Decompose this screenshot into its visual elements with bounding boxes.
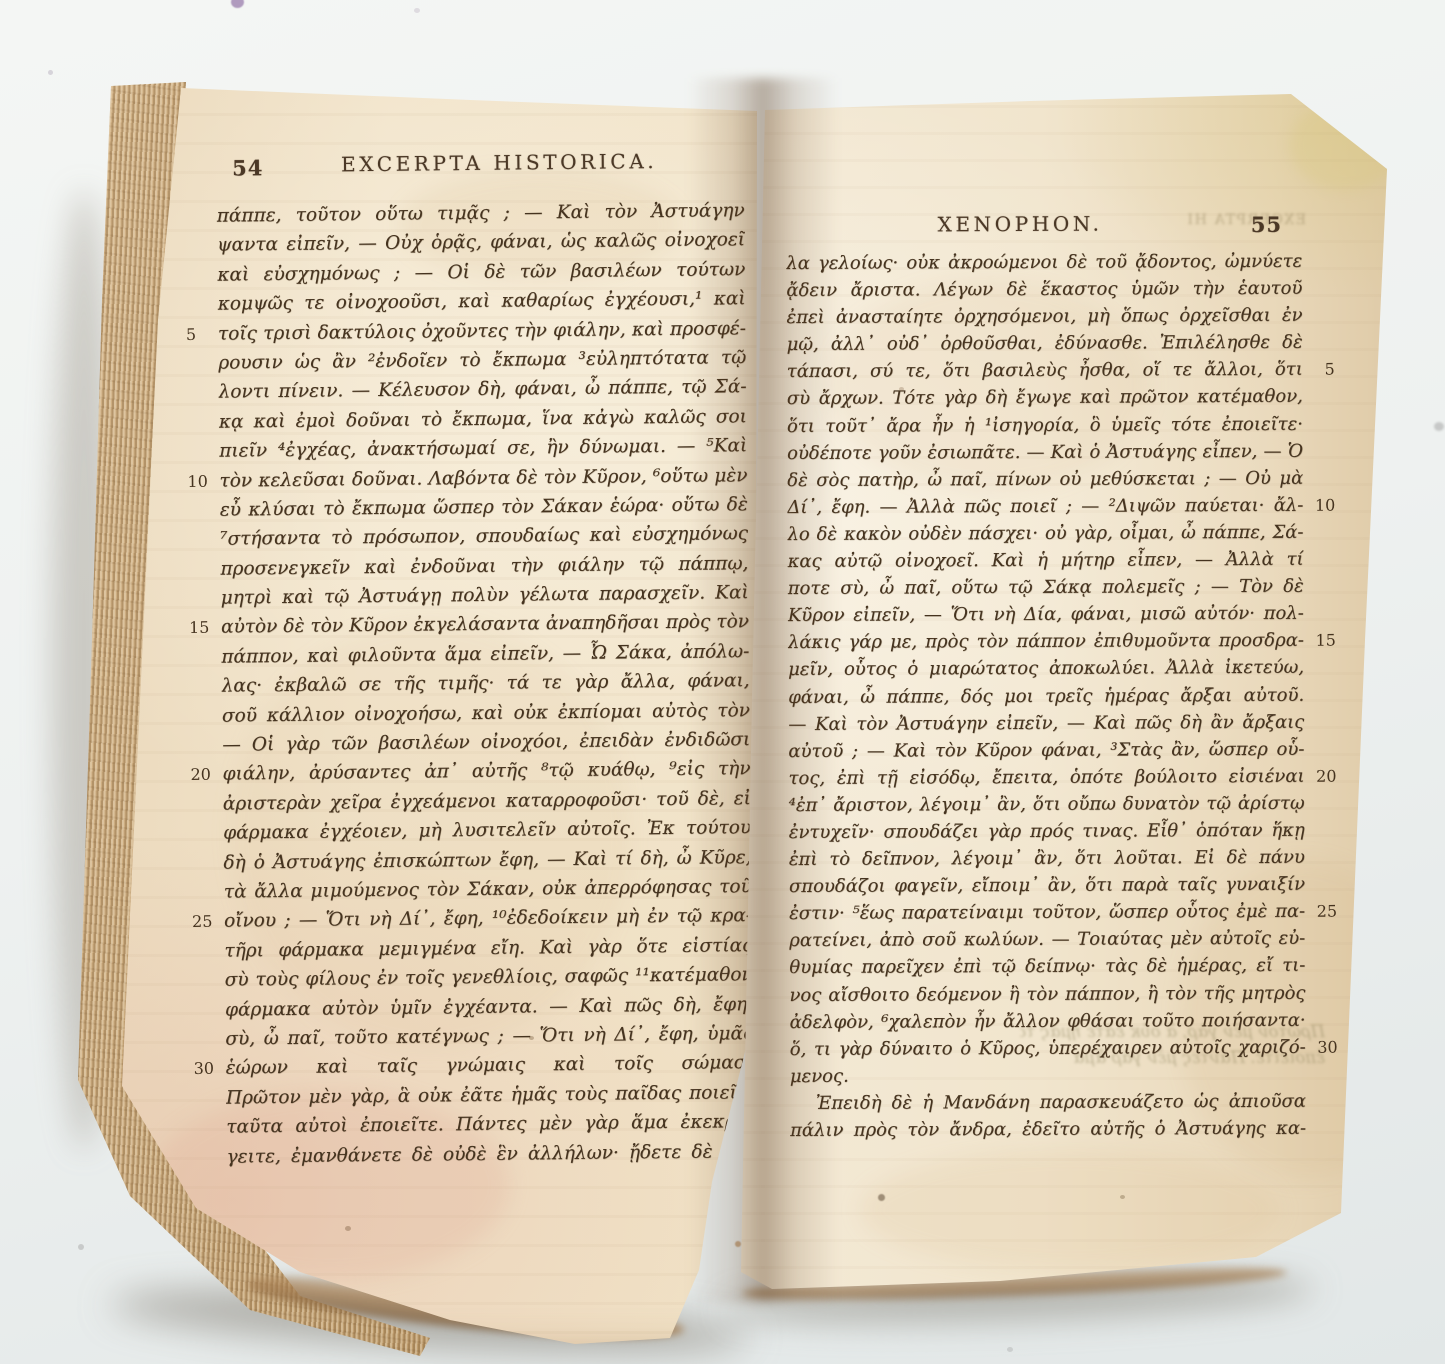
text-line: μεῖν, οὗτος ὁ μιαρώτατος ἀποκωλύει. Ἀλλὰ… [788, 654, 1336, 683]
greek-text: ὅ, τι γὰρ δύναιτο ὁ Κῦρος, ὑπερέχαιρεν α… [790, 1033, 1306, 1062]
greek-text: Ἐπειδὴ δὲ ἡ Μανδάνη παρασκευάζετο ὡς ἀπι… [790, 1088, 1306, 1117]
photograph-open-book: 54 EXCERPTA HISTORICA. πάππε, τοῦτον οὕτ… [0, 0, 1445, 1364]
margin-line-number: 5 [1303, 360, 1335, 379]
greek-text: νος αἴσθοιτο δεόμενον ἢ τὸν πάππον, ἢ τὸ… [789, 979, 1305, 1008]
greek-text: θυμίας παρεῖχεν ἐπὶ τῷ δείπνῳ· τὰς δὲ ἡμ… [789, 952, 1305, 981]
margin-line-number: 10 [1303, 495, 1335, 514]
greek-text: ἐστιν· ⁵ἕως παρατείναιμι τοῦτον, ὥσπερ ο… [789, 898, 1305, 927]
margin-line-number: 15 [189, 618, 221, 637]
foxing-dot [529, 1036, 534, 1040]
greek-text: ρατείνει, ἀπὸ σοῦ κωλύων. — Τοιαύτας μὲν… [789, 925, 1305, 954]
greek-text: πάλιν πρὸς τὸν ἄνδρα, ἐδεῖτο αὐτῆς ὁ Ἀστ… [790, 1115, 1306, 1144]
text-line: οὐδέποτε γοῦν ἐσιωπᾶτε. — Καὶ ὁ Ἀστυάγης… [787, 437, 1335, 466]
text-line: αὐτοῦ ; — Καὶ τὸν Κῦρον φάναι, ³Στὰς ἂν,… [788, 735, 1336, 764]
greek-text: Κῦρον εἰπεῖν, — Ὅτι νὴ Δία, φάναι, μισῶ … [788, 600, 1304, 629]
text-line: ρατείνει, ἀπὸ σοῦ κωλύων. — Τοιαύτας μὲν… [789, 925, 1337, 954]
margin-line-number: 20 [190, 765, 222, 784]
right-page-text: 55 XENOPHON. λα γελοίως· οὐκ ἀκροώμενοι … [786, 198, 1338, 1144]
text-line: φάναι, ὦ πάππε, δός μοι τρεῖς ἡμέρας ἄρξ… [788, 681, 1336, 710]
greek-text: σπουδάζοι φαγεῖν, εἴποιμ᾽ ἂν, ὅτι παρὰ τ… [789, 871, 1305, 900]
greek-text: ποτε σὺ, ὦ παῖ, οὕτω τῷ Σάκᾳ πολεμεῖς ; … [788, 573, 1304, 602]
text-line: ἐντυχεῖν· σπουδάζει γὰρ πρός τινας. Εἶθ᾽… [789, 817, 1337, 846]
dust-speck [231, 0, 244, 8]
running-header-left: EXCERPTA HISTORICA. [254, 148, 744, 177]
foxing-dot [345, 1226, 351, 1231]
text-line: ὅτι τοῦτ᾽ ἄρα ἦν ἡ ¹ἰσηγορία, ὃ ὑμεῖς τό… [787, 410, 1335, 439]
text-line: πάλιν πρὸς τὸν ἄνδρα, ἐδεῖτο αὐτῆς ὁ Ἀστ… [790, 1115, 1338, 1144]
dust-speck [78, 1244, 84, 1250]
foxing-dot [1120, 1195, 1125, 1199]
text-line: μῷ, ἀλλ᾽ οὐδ᾽ ὀρθοῦσθαι, ἐδύνασθε. Ἐπιλέ… [787, 329, 1335, 358]
text-line: — Καὶ τὸν Ἀστυάγην εἰπεῖν, — Καὶ πῶς δὴ … [788, 708, 1336, 737]
greek-text: κας αὐτῷ οἰνοχοεῖ. Καὶ ἡ μήτηρ εἶπεν, — … [788, 546, 1304, 575]
text-line: νος αἴσθοιτο δεόμενον ἢ τὸν πάππον, ἢ τὸ… [789, 979, 1337, 1008]
margin-line-number: 25 [1305, 902, 1337, 921]
margin-line-number: 5 [186, 324, 218, 343]
text-line: τάπασι, σύ τε, ὅτι βασιλεὺς ἦσθα, οἵ τε … [787, 356, 1335, 385]
foxing-dot [878, 1194, 885, 1201]
margin-line-number: 30 [194, 1059, 226, 1078]
margin-line-number: 15 [1304, 631, 1336, 650]
margin-line-number: 25 [192, 912, 224, 931]
greek-text: ⁴ἐπ᾽ ἄριστον, λέγοιμ᾽ ἂν, ὅτι οὔπω δυνατ… [789, 790, 1305, 819]
page-number-right: 55 [1251, 212, 1282, 237]
dust-speck [48, 70, 53, 75]
greek-text: — Καὶ τὸν Ἀστυάγην εἰπεῖν, — Καὶ πῶς δὴ … [788, 708, 1304, 737]
left-page-lines: πάππε, τοῦτον οὕτω τιμᾷς ; — Καὶ τὸν Ἀστ… [185, 196, 755, 1172]
text-line: σπουδάζοι φαγεῖν, εἴποιμ᾽ ἂν, ὅτι παρὰ τ… [789, 871, 1337, 900]
greek-text: μενος. [790, 1061, 1306, 1090]
greek-text: λα γελοίως· οὐκ ἀκροώμενοι δὲ τοῦ ᾄδοντο… [786, 248, 1302, 277]
text-line: ⁴ἐπ᾽ ἄριστον, λέγοιμ᾽ ἂν, ὅτι οὔπω δυνατ… [789, 789, 1337, 818]
greek-text: αὐτοῦ ; — Καὶ τὸν Κῦρον φάναι, ³Στὰς ἂν,… [788, 735, 1304, 764]
greek-text: τος, ἐπὶ τῇ εἰσόδῳ, ἔπειτα, ὁπότε βούλοι… [788, 763, 1304, 792]
greek-text: σὺ ἄρχων. Τότε γὰρ δὴ ἔγωγε καὶ πρῶτον κ… [787, 383, 1303, 412]
text-line: γειτε, ἐμανθάνετε δὲ οὐδὲ ἓν ἀλλήλων· ᾔδ… [194, 1137, 754, 1172]
text-line: ᾄδειν ἄριστα. Λέγων δὲ ἕκαστος ὑμῶν τὴν … [786, 275, 1334, 304]
greek-text: ὅτι τοῦτ᾽ ἄρα ἦν ἡ ¹ἰσηγορία, ὃ ὑμεῖς τό… [787, 410, 1303, 439]
text-line: Ἐπειδὴ δὲ ἡ Μανδάνη παρασκευάζετο ὡς ἀπι… [790, 1088, 1338, 1117]
text-line: λα γελοίως· οὐκ ἀκροώμενοι δὲ τοῦ ᾄδοντο… [786, 248, 1334, 277]
greek-text: ᾄδειν ἄριστα. Λέγων δὲ ἕκαστος ὑμῶν τὴν … [786, 275, 1302, 304]
right-page-lines: λα γελοίως· οὐκ ἀκροώμενοι δὲ τοῦ ᾄδοντο… [786, 248, 1338, 1144]
text-line: ἀδελφὸν, ⁶χαλεπὸν ἦν ἄλλον φθάσαι τοῦτο … [790, 1006, 1338, 1035]
dust-speck [1007, 1347, 1013, 1352]
greek-text: λάκις γάρ με, πρὸς τὸν πάππον ἐπιθυμοῦντ… [788, 627, 1304, 656]
text-line: τος, ἐπὶ τῇ εἰσόδῳ, ἔπειτα, ὁπότε βούλοι… [788, 762, 1336, 791]
text-line: ὅ, τι γὰρ δύναιτο ὁ Κῦρος, ὑπερέχαιρεν α… [790, 1033, 1338, 1062]
text-line: ἐπὶ τὸ δεῖπνον, λέγοιμ᾽ ἂν, ὅτι λοῦται. … [789, 844, 1337, 873]
greek-text: οὐδέποτε γοῦν ἐσιωπᾶτε. — Καὶ ὁ Ἀστυάγης… [787, 437, 1303, 466]
margin-line-number: 30 [1306, 1037, 1338, 1056]
greek-text: ἐντυχεῖν· σπουδάζει γὰρ πρός τινας. Εἶθ᾽… [789, 817, 1305, 846]
text-line: μενος. [790, 1060, 1338, 1089]
text-line: Κῦρον εἰπεῖν, — Ὅτι νὴ Δία, φάναι, μισῶ … [788, 600, 1336, 629]
foxing-dot [735, 1241, 741, 1247]
gutter-shadow [688, 78, 838, 1303]
foxing-dot [899, 387, 904, 391]
paper-stain [1290, 100, 1400, 190]
margin-line-number: 10 [187, 471, 219, 490]
text-line: σὺ ἄρχων. Τότε γὰρ δὴ ἔγωγε καὶ πρῶτον κ… [787, 383, 1335, 412]
dust-speck [1434, 422, 1444, 431]
greek-text: Δί᾽, ἔφη. — Ἀλλὰ πῶς ποιεῖ ; — ²Διψῶν πα… [787, 492, 1303, 521]
greek-text: μῷ, ἀλλ᾽ οὐδ᾽ ὀρθοῦσθαι, ἐδύνασθε. Ἐπιλέ… [787, 329, 1303, 358]
text-line: Δί᾽, ἔφη. — Ἀλλὰ πῶς ποιεῖ ; — ²Διψῶν πα… [787, 491, 1335, 520]
greek-text: γειτε, ἐμανθάνετε δὲ οὐδὲ ἓν ἀλλήλων· ᾔδ… [226, 1137, 754, 1172]
text-line: ἐστιν· ⁵ἕως παρατείναιμι τοῦτον, ὥσπερ ο… [789, 898, 1337, 927]
greek-text: φάναι, ὦ πάππε, δός μοι τρεῖς ἡμέρας ἄρξ… [788, 681, 1304, 710]
greek-text: μεῖν, οὗτος ὁ μιαρώτατος ἀποκωλύει. Ἀλλὰ… [788, 654, 1304, 683]
left-page-text: 54 EXCERPTA HISTORICA. πάππε, τοῦτον οὕτ… [184, 142, 755, 1172]
greek-text: δὲ σὸς πατὴρ, ὦ παῖ, πίνων οὐ μεθύσκεται… [787, 464, 1303, 493]
margin-line-number: 20 [1304, 766, 1336, 785]
running-header-right: XENOPHON. [786, 211, 1254, 237]
text-line: θυμίας παρεῖχεν ἐπὶ τῷ δείπνῳ· τὰς δὲ ἡμ… [789, 952, 1337, 981]
text-line: δὲ σὸς πατὴρ, ὦ παῖ, πίνων οὐ μεθύσκεται… [787, 464, 1335, 493]
dust-speck [414, 8, 420, 13]
text-line: λο δὲ κακὸν οὐδὲν πάσχει· οὐ γὰρ, οἶμαι,… [787, 519, 1335, 548]
text-line: ποτε σὺ, ὦ παῖ, οὕτω τῷ Σάκᾳ πολεμεῖς ; … [788, 573, 1336, 602]
greek-text: ἐπὶ τὸ δεῖπνον, λέγοιμ᾽ ἂν, ὅτι λοῦται. … [789, 844, 1305, 873]
paper-stain [860, 1150, 1280, 1270]
greek-text: λο δὲ κακὸν οὐδὲν πάσχει· οὐ γὰρ, οἶμαι,… [787, 519, 1303, 548]
greek-text: ἀδελφὸν, ⁶χαλεπὸν ἦν ἄλλον φθάσαι τοῦτο … [790, 1006, 1306, 1035]
greek-text: τάπασι, σύ τε, ὅτι βασιλεὺς ἦσθα, οἵ τε … [787, 356, 1303, 385]
text-line: λάκις γάρ με, πρὸς τὸν πάππον ἐπιθυμοῦντ… [788, 627, 1336, 656]
text-line: ἐπεὶ ἀνασταίητε ὀρχησόμενοι, μὴ ὅπως ὀρχ… [786, 302, 1334, 331]
greek-text: ἐπεὶ ἀνασταίητε ὀρχησόμενοι, μὴ ὅπως ὀρχ… [786, 302, 1302, 331]
text-line: κας αὐτῷ οἰνοχοεῖ. Καὶ ἡ μήτηρ εἶπεν, — … [788, 546, 1336, 575]
